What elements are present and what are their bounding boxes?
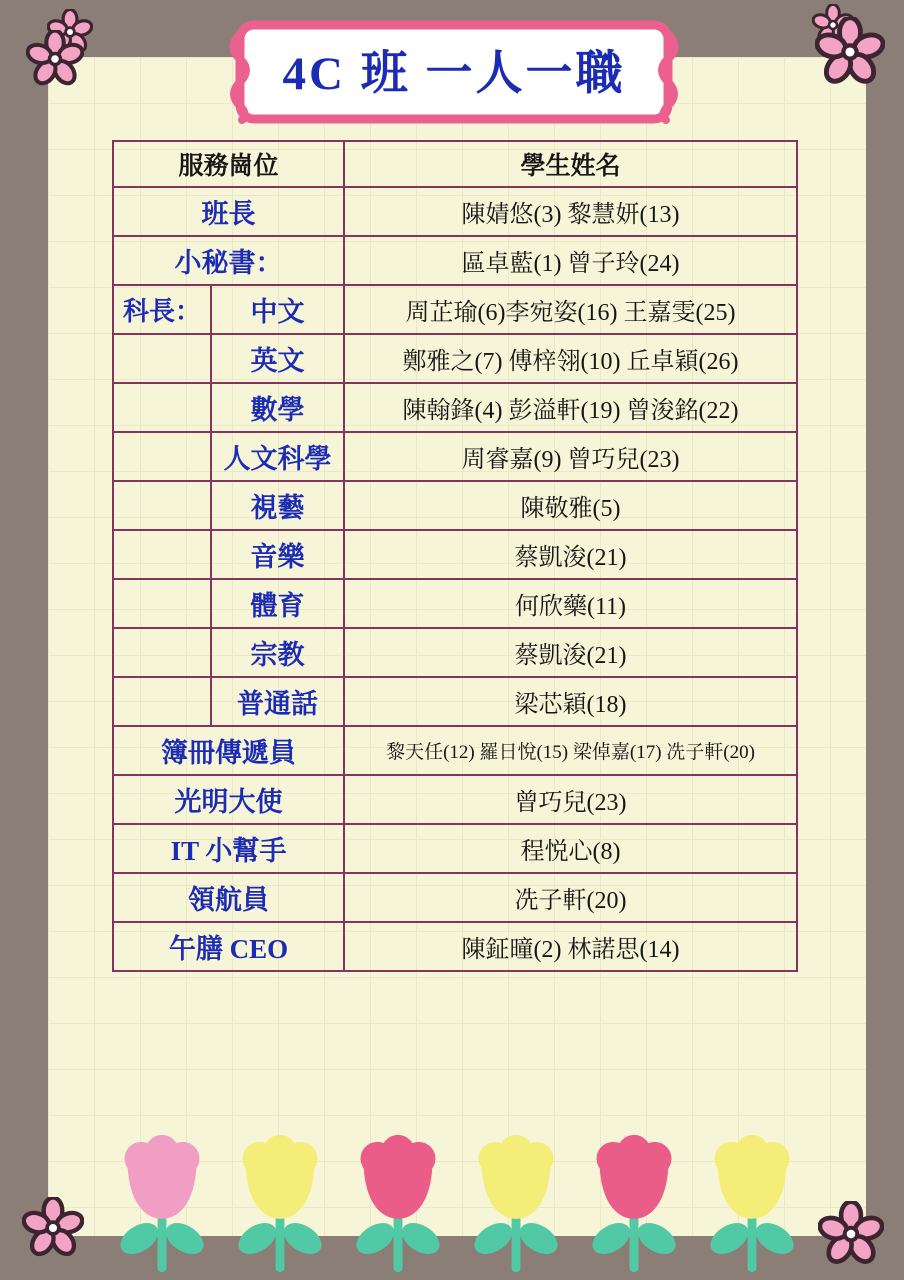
tulip-icon — [221, 1128, 339, 1276]
table-row: 體育何欣藥(11) — [113, 579, 797, 628]
students-cell: 蔡凱浚(21) — [344, 628, 797, 677]
students-cell: 周芷瑜(6)李宛姿(16) 王嘉雯(25) — [344, 285, 797, 334]
table-row: 音樂蔡凱浚(21) — [113, 530, 797, 579]
page-title: 4C 班 一人一職 — [228, 16, 680, 122]
position-cell: 小秘書： — [113, 236, 344, 285]
position-cell: 宗教 — [211, 628, 344, 677]
tulip-icon — [103, 1128, 221, 1276]
position-cell: 班長 — [113, 187, 344, 236]
position-cell: 領航員 — [113, 873, 344, 922]
title-banner: 4C 班 一人一職 — [228, 16, 680, 128]
table-header-row: 服務崗位 學生姓名 — [113, 141, 797, 187]
position-cell: 光明大使 — [113, 775, 344, 824]
students-cell: 陳鉦曈(2) 林諾思(14) — [344, 922, 797, 971]
table-row: 科長：中文周芷瑜(6)李宛姿(16) 王嘉雯(25) — [113, 285, 797, 334]
duty-table: 服務崗位 學生姓名 班長陳婧悠(3) 黎慧妍(13)小秘書：區卓藍(1) 曾子玲… — [112, 140, 798, 972]
position-cell: 音樂 — [211, 530, 344, 579]
corner-flower-icon — [22, 1197, 84, 1259]
students-cell: 陳婧悠(3) 黎慧妍(13) — [344, 187, 797, 236]
students-cell: 梁芯穎(18) — [344, 677, 797, 726]
position-cell: 數學 — [211, 383, 344, 432]
position-header: 服務崗位 — [113, 141, 344, 187]
corner-flower-icon — [818, 1201, 884, 1267]
position-cell — [113, 579, 211, 628]
table-row: 班長陳婧悠(3) 黎慧妍(13) — [113, 187, 797, 236]
students-cell: 陳翰鋒(4) 彭溢軒(19) 曾浚銘(22) — [344, 383, 797, 432]
students-cell: 區卓藍(1) 曾子玲(24) — [344, 236, 797, 285]
table-row: 光明大使曾巧兒(23) — [113, 775, 797, 824]
tulip-icon — [693, 1128, 811, 1276]
table-row: 英文鄭雅之(7) 傅梓翎(10) 丘卓穎(26) — [113, 334, 797, 383]
position-cell — [113, 530, 211, 579]
position-cell: 普通話 — [211, 677, 344, 726]
table-row: 數學陳翰鋒(4) 彭溢軒(19) 曾浚銘(22) — [113, 383, 797, 432]
students-cell: 曾巧兒(23) — [344, 775, 797, 824]
position-cell: 英文 — [211, 334, 344, 383]
position-cell: 人文科學 — [211, 432, 344, 481]
poster-page: { "theme": { "taupe": "#8b7e76", "paper"… — [0, 0, 904, 1280]
position-cell: 體育 — [211, 579, 344, 628]
students-cell: 冼子軒(20) — [344, 873, 797, 922]
tulip-icon — [457, 1128, 575, 1276]
duty-table-body: 班長陳婧悠(3) 黎慧妍(13)小秘書：區卓藍(1) 曾子玲(24)科長：中文周… — [113, 187, 797, 971]
table-row: 視藝陳敬雅(5) — [113, 481, 797, 530]
position-cell: 中文 — [211, 285, 344, 334]
students-cell: 黎天任(12) 羅日悅(15) 梁倬嘉(17) 冼子軒(20) — [344, 726, 797, 775]
position-cell — [113, 628, 211, 677]
table-row: IT 小幫手程悦心(8) — [113, 824, 797, 873]
table-row: 小秘書：區卓藍(1) 曾子玲(24) — [113, 236, 797, 285]
students-header: 學生姓名 — [344, 141, 797, 187]
position-cell: 簿冊傳遞員 — [113, 726, 344, 775]
table-row: 簿冊傳遞員黎天任(12) 羅日悅(15) 梁倬嘉(17) 冼子軒(20) — [113, 726, 797, 775]
students-cell: 何欣藥(11) — [344, 579, 797, 628]
tulip-icon — [575, 1128, 693, 1276]
table-row: 領航員冼子軒(20) — [113, 873, 797, 922]
tulip-icon — [339, 1128, 457, 1276]
corner-flower-icon — [26, 30, 84, 88]
position-cell: 午膳 CEO — [113, 922, 344, 971]
position-cell: IT 小幫手 — [113, 824, 344, 873]
students-cell: 程悦心(8) — [344, 824, 797, 873]
table-row: 午膳 CEO陳鉦曈(2) 林諾思(14) — [113, 922, 797, 971]
position-cell — [113, 481, 211, 530]
position-cell — [113, 432, 211, 481]
table-row: 宗教蔡凱浚(21) — [113, 628, 797, 677]
position-cell: 科長： — [113, 285, 211, 334]
position-cell — [113, 383, 211, 432]
table-row: 普通話梁芯穎(18) — [113, 677, 797, 726]
table-row: 人文科學周睿嘉(9) 曾巧兒(23) — [113, 432, 797, 481]
corner-flower-icon — [815, 17, 885, 87]
students-cell: 鄭雅之(7) 傅梓翎(10) 丘卓穎(26) — [344, 334, 797, 383]
students-cell: 陳敬雅(5) — [344, 481, 797, 530]
position-cell: 視藝 — [211, 481, 344, 530]
position-cell — [113, 677, 211, 726]
position-cell — [113, 334, 211, 383]
students-cell: 蔡凱浚(21) — [344, 530, 797, 579]
students-cell: 周睿嘉(9) 曾巧兒(23) — [344, 432, 797, 481]
